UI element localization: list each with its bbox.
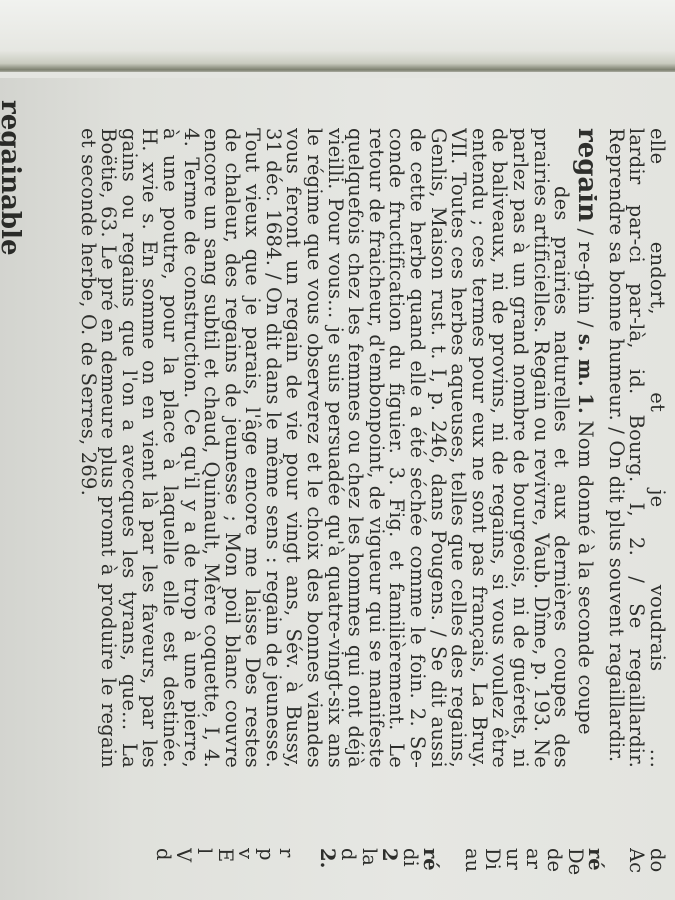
sense-number: 1.	[574, 393, 597, 414]
fragment: E	[214, 848, 235, 900]
fragment: ré	[420, 848, 441, 900]
entry-line: et seconde herbe, O. de Serres, 269.	[77, 128, 98, 768]
entry-line: Boëtie, 63. Le pré en demeure plus promt…	[98, 128, 119, 768]
preceding-line: lardir par-ci par-là, id. Bourg. I, 2. /…	[626, 128, 647, 768]
entry-line: des prairies naturelles et aux dernières…	[551, 128, 572, 768]
entry-line: de baliveaux, ni de provins, ni de regai…	[489, 128, 510, 768]
fragment: ré	[585, 848, 606, 900]
fragment: 2.	[317, 848, 338, 900]
fragment: V	[173, 848, 194, 900]
fragment: de	[543, 848, 564, 900]
part-of-speech: s. m.	[574, 334, 597, 387]
next-headword: regainable	[0, 100, 25, 256]
entry-line: à une poutre, pour la place à laquelle e…	[159, 128, 180, 768]
definition-text: Nom donné à la seconde coupe	[574, 414, 597, 735]
fragment: au	[461, 848, 482, 900]
fragment: ar	[523, 848, 544, 900]
fragment: De	[564, 848, 585, 900]
entry-line: parlez pas à un grand nombre de bourgeoi…	[509, 128, 530, 768]
entry-line: quelquefois chez les femmes ou chez les …	[345, 128, 366, 768]
fragment: Di	[482, 848, 503, 900]
fragment: di	[399, 848, 420, 900]
preceding-line: Reprendre sa bonne humeur. / On dit plus…	[605, 128, 626, 768]
entry-line: Genlis, Maison rust. t. I, p. 246, dans …	[427, 128, 448, 768]
fragment: do	[646, 848, 667, 900]
entry-head-line: regain / re-ghin / s. m. 1. Nom donné à …	[571, 128, 597, 768]
entry-line: vieilli. Pour vous... je suis persuadée …	[324, 128, 345, 768]
entry-line: encore un sang subtil et chaud, Quinault…	[201, 128, 222, 768]
fragment	[440, 848, 461, 900]
entry-line: le régime que vous observerez et le choi…	[304, 128, 325, 768]
entry-line: de cette herbe quand elle a été séchée c…	[406, 128, 427, 768]
entry-line: H. xvie s. En somme on en vient là par l…	[139, 128, 160, 768]
fragment: d	[152, 848, 173, 900]
fragment: r	[276, 848, 297, 900]
adjacent-column-fragment: do Ac ré De de ar ur Di au ré di 2 la d …	[152, 848, 667, 900]
headword: regain	[572, 128, 597, 222]
fragment: v	[235, 848, 256, 900]
fragment: ur	[502, 848, 523, 900]
fragment: d	[338, 848, 359, 900]
entry-line: 4. Terme de construction. Ce qu'il y a d…	[180, 128, 201, 768]
entry-line: conde fructification du figuier. 3. Fig.…	[386, 128, 407, 768]
entry-line: entendu ; ces termes pour eux ne sont pa…	[468, 128, 489, 768]
fragment: Ac	[626, 848, 647, 900]
dictionary-page: elle endort, et je voudrais ... lardir p…	[0, 0, 675, 900]
fragment: 2	[379, 848, 400, 900]
entry-line: vous feront un regain de vie pour vingt …	[283, 128, 304, 768]
fragment	[605, 848, 626, 900]
entry-line: gains ou regains que l'on a avecques les…	[118, 128, 139, 768]
preceding-line: elle endort, et je voudrais ...	[646, 128, 667, 768]
pronunciation: / re-ghin /	[574, 228, 597, 327]
fragment: la	[358, 848, 379, 900]
fragment: l	[193, 848, 214, 900]
entry-line: prairies artificielles. Regain ou revivr…	[530, 128, 551, 768]
entry-line: retour de fraicheur, d'embonpoint, de vi…	[365, 128, 386, 768]
entry-line: 31 déc. 1684. / On dit dans le même sens…	[262, 128, 283, 768]
entry-line: VII. Toutes ces herbes aqueuses, telles …	[448, 128, 469, 768]
fragment: p	[255, 848, 276, 900]
entry-line: de chaleur, des regains de jeunesse ; Mo…	[221, 128, 242, 768]
main-column: elle endort, et je voudrais ... lardir p…	[77, 128, 667, 768]
entry-line: Tout vieux que je parais, l'âge encore m…	[242, 128, 263, 768]
fragment	[296, 848, 317, 900]
